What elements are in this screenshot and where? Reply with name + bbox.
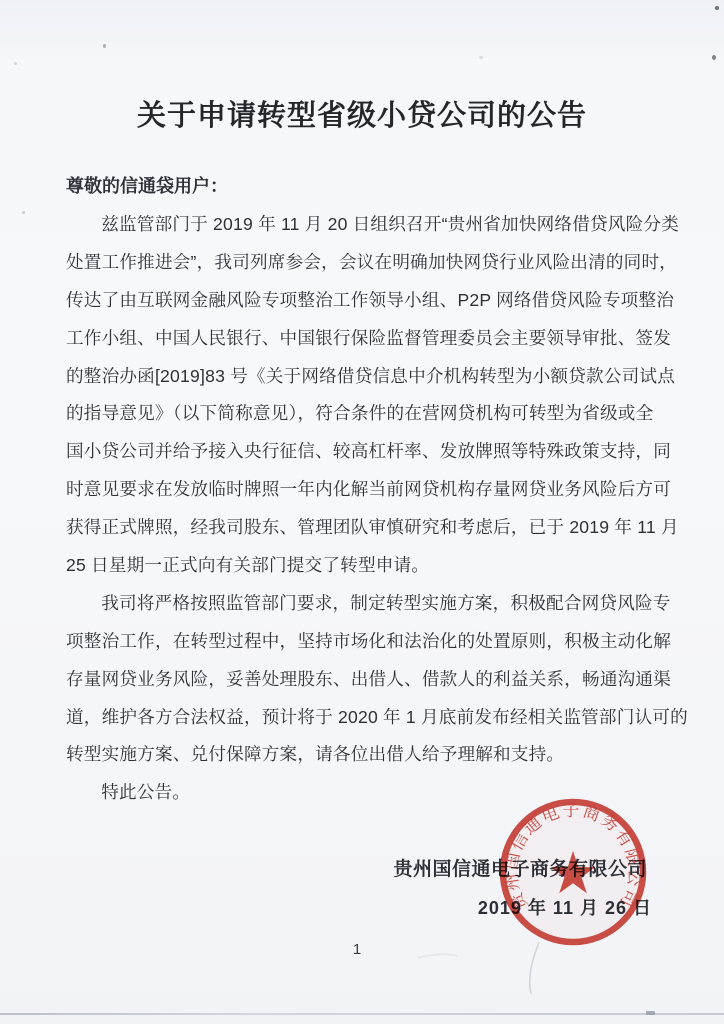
paragraph2-line: 道，维护各方合法权益，预计将于 2020 年 1 月底前发布经相关监管部门认可的 (66, 699, 650, 737)
scan-speck (712, 55, 716, 60)
paragraph1-line: 处置工作推进会”，我司列席参会，会议在明确加快网贷行业风险出清的同时， (66, 244, 650, 282)
document-title: 关于申请转型省级小贷公司的公告 (0, 93, 724, 134)
paragraph1-line: 的整治办函[2019]83 号《关于网络借贷信息中介机构转型为小额贷款公司试点 (66, 358, 650, 396)
paragraph2-line: 转型实施方案、兑付保障方案，请各位出借人给予理解和支持。 (66, 736, 650, 774)
paragraph1-line: 时意见要求在发放临时牌照一年内化解当前网贷机构存量网贷业务风险后方可 (66, 471, 650, 509)
paragraph1-line: 获得正式牌照，经我司股东、管理团队审慎研究和考虑后，已于 2019 年 11 月 (66, 509, 650, 547)
scan-speck (22, 211, 25, 214)
scan-edge-line (0, 1013, 724, 1015)
salutation-line: 尊敬的信通袋用户： (66, 167, 650, 205)
document-body: 兹监管部门于 2019 年 11 月 20 日组织召开“贵州省加快网络借贷风险分… (66, 206, 650, 812)
paragraph1-line: 国小贷公司并给予接入央行征信、较高杠杆率、发放牌照等特殊政策支持，同 (66, 433, 650, 471)
scan-speck (715, 6, 719, 10)
paragraph1-line: 工作小组、中国人民银行、中国银行保险监督管理委员会主要领导审批、签发 (66, 320, 650, 358)
scan-speck (14, 62, 17, 65)
scan-speck (479, 56, 483, 59)
scan-edge-mark (646, 1011, 655, 1015)
paragraph1-line: 传达了由互联网金融风险专项整治工作领导小组、P2P 网络借贷风险专项整治 (66, 282, 650, 320)
seal-star-icon: ★ (547, 841, 599, 906)
paragraph1-line: 25 日星期一正式向有关部门提交了转型申请。 (66, 547, 650, 585)
paragraph2-line: 存量网贷业务风险，妥善处理股东、出借人、借款人的利益关系，畅通沟通渠 (66, 661, 650, 699)
page-number: 1 (337, 938, 377, 962)
paragraph1-line: 的指导意见》（以下简称意见），符合条件的在营网贷机构可转型为省级或全 (66, 395, 650, 433)
paragraph2-line: 我司将严格按照监管部门要求，制定转型实施方案，积极配合网贷风险专 (66, 585, 650, 623)
scan-speck (103, 44, 106, 48)
announcement-document-page: 关于申请转型省级小贷公司的公告 尊敬的信通袋用户： 兹监管部门于 2019 年 … (0, 0, 724, 1024)
paragraph1-line: 兹监管部门于 2019 年 11 月 20 日组织召开“贵州省加快网络借贷风险分… (66, 206, 650, 244)
company-seal-stamp-icon: ★ 贵州国信通电子商务有限公司 (493, 792, 653, 952)
paragraph2-line: 项整治工作，在转型过程中，坚持市场化和法治化的处置原则，积极主动化解 (66, 623, 650, 661)
